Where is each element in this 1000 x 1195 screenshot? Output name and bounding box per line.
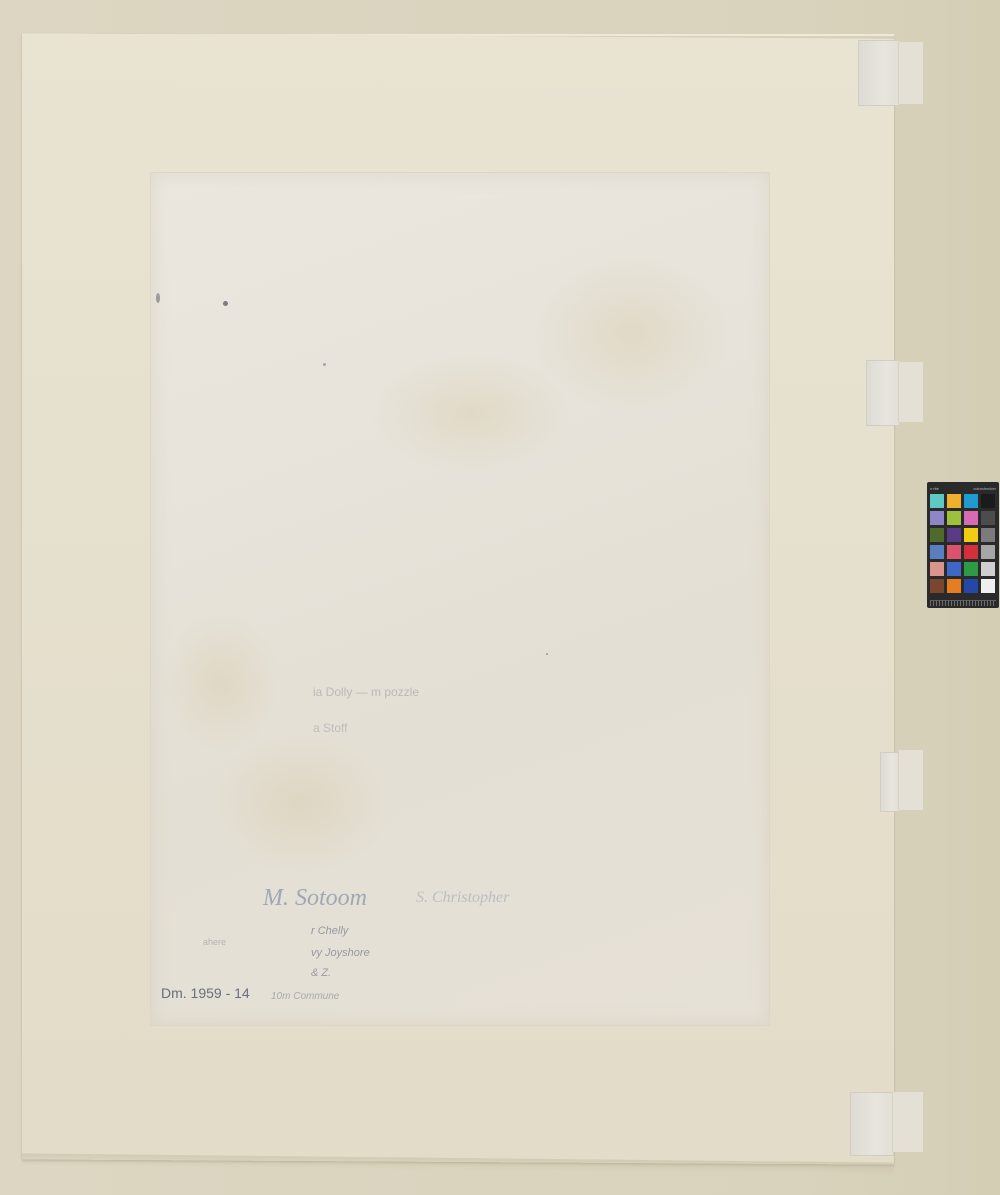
color-patch (930, 545, 944, 559)
checker-brand-right: colorchecker (973, 486, 996, 491)
color-patch (981, 562, 995, 576)
note-bottom-2: vy Joyshore (311, 947, 370, 959)
color-patch (947, 579, 961, 593)
note-bottom-3: & Z. (311, 967, 331, 979)
hinge-tape-top (858, 40, 900, 106)
color-checker-chart: x·rite colorchecker (927, 482, 999, 608)
color-patch (964, 562, 978, 576)
hinge-tape-upper-middle-flap (898, 362, 923, 422)
hinge-tape-bottom (850, 1092, 894, 1156)
color-patch (964, 545, 978, 559)
color-patch (947, 562, 961, 576)
color-patch (947, 511, 961, 525)
color-checker-grid (930, 494, 995, 593)
color-patch (981, 579, 995, 593)
color-patch (964, 511, 978, 525)
checker-ruler (930, 600, 996, 606)
accession-number: Dm. 1959 - 14 (161, 985, 250, 1001)
faint-note-middle-1: ia Dolly — m pozzle (313, 685, 419, 699)
color-patch (930, 579, 944, 593)
color-patch (964, 579, 978, 593)
color-checker-header: x·rite colorchecker (930, 484, 996, 492)
drawing-sheet-verso: ia Dolly — m pozzle a Stoff M. Sotoom S.… (150, 172, 770, 1026)
color-patch (981, 511, 995, 525)
color-patch (981, 528, 995, 542)
faint-note-middle-2: a Stoff (313, 721, 347, 735)
color-patch (964, 494, 978, 508)
color-patch (947, 528, 961, 542)
foxing-stain (531, 253, 731, 413)
color-patch (930, 511, 944, 525)
note-bottom-4: 10m Commune (271, 991, 339, 1002)
hinge-tape-bottom-flap (892, 1092, 923, 1152)
color-patch (947, 494, 961, 508)
attribution-inscription: M. Sotoom (263, 885, 367, 912)
foxing-stain (211, 733, 391, 873)
ink-spot (156, 293, 160, 303)
color-patch (930, 494, 944, 508)
color-patch (947, 545, 961, 559)
attribution-subject-inscription: S. Christopher (416, 889, 509, 907)
foxing-stain (161, 613, 281, 753)
color-patch (981, 494, 995, 508)
hinge-tape-top-flap (898, 42, 923, 104)
checker-brand-left: x·rite (930, 486, 939, 491)
color-patch (981, 545, 995, 559)
ink-spot (323, 363, 326, 366)
color-patch (930, 528, 944, 542)
hinge-tape-upper-middle (866, 360, 900, 426)
hinge-tape-lower-middle-flap (898, 750, 923, 810)
color-patch (930, 562, 944, 576)
hinge-tape-lower-middle (880, 752, 900, 812)
note-bottom-1: r Chelly (311, 925, 348, 937)
color-patch (964, 528, 978, 542)
ink-spot (546, 653, 548, 655)
foxing-stain (371, 353, 571, 473)
ink-spot (223, 301, 228, 306)
faint-note-left: ahere (203, 937, 226, 947)
